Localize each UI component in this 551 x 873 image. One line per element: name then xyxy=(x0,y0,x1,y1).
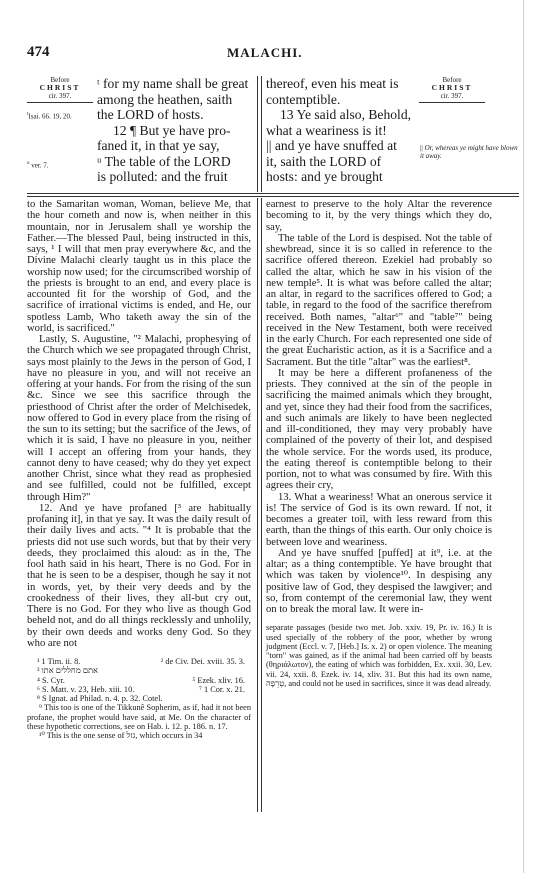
verse-line: 12 ¶ But ye have pro- xyxy=(97,123,249,139)
footnote-10: ¹⁰ This is the one sense of גזל, which o… xyxy=(27,731,251,740)
running-title: MALACHI. xyxy=(227,45,303,61)
date-stamp-line3: cir. 397. xyxy=(419,92,485,100)
page-header: 474 MALACHI. xyxy=(27,44,519,60)
column-divider-bottom xyxy=(257,198,262,812)
verse-column-left: ᵗ for my name shall be great among the h… xyxy=(97,76,249,185)
column-divider-top xyxy=(257,76,262,192)
footnote-gap xyxy=(266,615,492,623)
commentary-paragraph: And ye have snuffed [puffed] at it⁹, i.e… xyxy=(266,548,492,616)
page-edge xyxy=(523,0,524,873)
verse-line: 13 Ye said also, Behold, xyxy=(266,107,418,123)
margin-note-text: ver. 7. xyxy=(31,161,48,169)
commentary-paragraph: 12. And ye have profaned [³ are habitual… xyxy=(27,503,251,649)
date-stamp-line3: cir. 397. xyxy=(27,92,93,100)
date-stamp-line2: CHRIST xyxy=(27,84,93,92)
verse-line: what a weariness is it! xyxy=(266,123,418,139)
commentary-paragraph: earnest to preserve to the holy Altar th… xyxy=(266,199,492,233)
margin-note-or-whereas: || Or, whereas ye might have blown it aw… xyxy=(420,144,520,160)
verse-line: the LORD of hosts. xyxy=(97,107,249,123)
margin-note-text: Or, whereas ye might have blown it away. xyxy=(420,144,518,160)
margin-note-marker: u xyxy=(27,161,30,166)
commentary-paragraph: Lastly, S. Augustine, "² Malachi, prophe… xyxy=(27,334,251,503)
footnote-row: ⁴ S. Cyr.⁵ Ezek. xliv. 16. xyxy=(27,676,251,685)
verse-column-right: thereof, even his meat is contemptible. … xyxy=(266,76,418,185)
footnote-gap xyxy=(27,649,251,657)
commentary-paragraph: 13. What a weariness! What an onerous se… xyxy=(266,492,492,548)
margin-note-text: Isai. 66. 19, 20. xyxy=(28,112,71,120)
footnote-row: ³ אתם מחללים אתו xyxy=(27,666,251,675)
commentary-paragraph: It may be here a different profaneness o… xyxy=(266,368,492,492)
commentary-column-left: to the Samaritan woman, Woman, believe M… xyxy=(27,199,251,741)
verse-line: is polluted: and the fruit xyxy=(97,169,249,185)
verse-line: thereof, even his meat is xyxy=(266,76,418,92)
verse-line: contemptible. xyxy=(266,92,418,108)
margin-note-marker: || xyxy=(420,144,423,152)
verse-line: ᵗ for my name shall be great xyxy=(97,76,249,92)
commentary-column-right: earnest to preserve to the holy Altar th… xyxy=(266,199,492,688)
verse-line: it, saith the LORD of xyxy=(266,154,418,170)
verse-line: faned it, in that ye say, xyxy=(97,138,249,154)
footnote-continued: separate passages (beside two met. Job. … xyxy=(266,623,492,688)
date-stamp-line2: CHRIST xyxy=(419,84,485,92)
margin-note-isaiah: tIsai. 66. 19, 20. xyxy=(27,112,72,120)
verse-line: among the heathen, saith xyxy=(97,92,249,108)
footnote-row: ⁶ S. Matt. v. 23, Heb. xiii. 10.⁷ 1 Cor.… xyxy=(27,685,251,694)
margin-note-ver7: u ver. 7. xyxy=(27,161,49,169)
verse-line: hosts: and ye brought xyxy=(266,169,418,185)
verse-line: || and ye have snuffed at xyxy=(266,138,418,154)
verse-line: ᵘ The table of the LORD xyxy=(97,154,249,170)
commentary-paragraph: to the Samaritan woman, Woman, believe M… xyxy=(27,199,251,334)
footnote-9: ⁹ This too is one of the Tikkunê Sopheri… xyxy=(27,703,251,731)
page-number: 474 xyxy=(27,44,50,61)
footnote-row: ⁸ S Ignat. ad Philad. n. 4. p. 32. Cotel… xyxy=(27,694,251,703)
date-stamp-left: Before CHRIST cir. 397. xyxy=(27,76,93,103)
footnote-row: ¹ 1 Tim. ii. 8.² de Civ. Dei. xviii. 35.… xyxy=(27,657,251,666)
commentary-paragraph: The table of the Lord is despised. Not t… xyxy=(266,233,492,368)
date-stamp-right: Before CHRIST cir. 397. xyxy=(419,76,485,103)
verse-commentary-rule xyxy=(27,193,519,197)
footnotes-left: ¹ 1 Tim. ii. 8.² de Civ. Dei. xviii. 35.… xyxy=(27,657,251,741)
